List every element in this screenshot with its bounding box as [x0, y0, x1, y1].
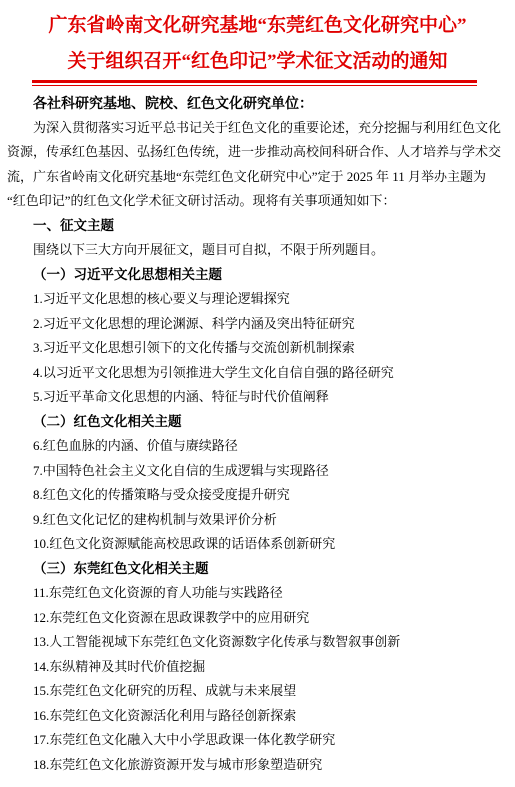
group-heading-2: （二）红色文化相关主题 [7, 410, 497, 435]
topic-item-13: 13.人工智能视域下东莞红色文化资源数字化传承与数智叙事创新 [7, 630, 497, 655]
title-divider-double-rule [32, 80, 477, 86]
topic-item-5: 5.习近平革命文化思想的内涵、特征与时代价值阐释 [7, 385, 497, 410]
topic-item-17: 17.东莞红色文化融入大中小学思政课一体化教学研究 [7, 728, 497, 753]
document-body: 各社科研究基地、院校、红色文化研究单位： 为深入贯彻落实习近平总书记关于红色文化… [0, 91, 515, 777]
document-page: 广东省岭南文化研究基地“东莞红色文化研究中心” 关于组织召开“红色印记”学术征文… [0, 0, 515, 787]
topic-item-18: 18.东莞红色文化旅游资源开发与城市形象塑造研究 [7, 753, 497, 778]
salutation: 各社科研究基地、院校、红色文化研究单位： [7, 91, 497, 116]
topic-item-7: 7.中国特色社会主义文化自信的生成逻辑与实现路径 [7, 459, 497, 484]
topic-item-10: 10.红色文化资源赋能高校思政课的话语体系创新研究 [7, 532, 497, 557]
topic-item-6: 6.红色血脉的内涵、价值与赓续路径 [7, 434, 497, 459]
topic-item-12: 12.东莞红色文化资源在思政课教学中的应用研究 [7, 606, 497, 631]
topic-item-9: 9.红色文化记忆的建构机制与效果评价分析 [7, 508, 497, 533]
group-heading-3: （三）东莞红色文化相关主题 [7, 557, 497, 582]
topic-item-1: 1.习近平文化思想的核心要义与理论逻辑探究 [7, 287, 497, 312]
topic-item-15: 15.东莞红色文化研究的历程、成就与未来展望 [7, 679, 497, 704]
section-description: 围绕以下三大方向开展征文，题目可自拟，不限于所列题目。 [7, 238, 497, 263]
topic-item-16: 16.东莞红色文化资源活化利用与路径创新探索 [7, 704, 497, 729]
section-heading-topics: 一、征文主题 [7, 214, 497, 239]
intro-line-4: “红色印记”的红色文化学术征文研讨活动。现将有关事项通知如下： [7, 189, 497, 214]
intro-line-3: 流，广东省岭南文化研究基地“东莞红色文化研究中心”定于 2025 年 11 月举… [7, 165, 497, 190]
group-heading-1: （一）习近平文化思想相关主题 [7, 263, 497, 288]
document-title-line1: 广东省岭南文化研究基地“东莞红色文化研究中心” [0, 8, 515, 44]
document-title: 广东省岭南文化研究基地“东莞红色文化研究中心” 关于组织召开“红色印记”学术征文… [0, 0, 515, 80]
topic-item-4: 4.以习近平文化思想为引领推进大学生文化自信自强的路径研究 [7, 361, 497, 386]
intro-line-1: 为深入贯彻落实习近平总书记关于红色文化的重要论述，充分挖掘与利用红色文化 [7, 116, 497, 141]
topic-item-11: 11.东莞红色文化资源的育人功能与实践路径 [7, 581, 497, 606]
intro-line-2: 资源，传承红色基因、弘扬红色传统，进一步推动高校间科研合作、人才培养与学术交 [7, 140, 497, 165]
document-title-line2: 关于组织召开“红色印记”学术征文活动的通知 [0, 44, 515, 80]
topic-item-8: 8.红色文化的传播策略与受众接受度提升研究 [7, 483, 497, 508]
topic-item-14: 14.东纵精神及其时代价值挖掘 [7, 655, 497, 680]
topic-item-3: 3.习近平文化思想引领下的文化传播与交流创新机制探索 [7, 336, 497, 361]
topic-item-2: 2.习近平文化思想的理论渊源、科学内涵及突出特征研究 [7, 312, 497, 337]
